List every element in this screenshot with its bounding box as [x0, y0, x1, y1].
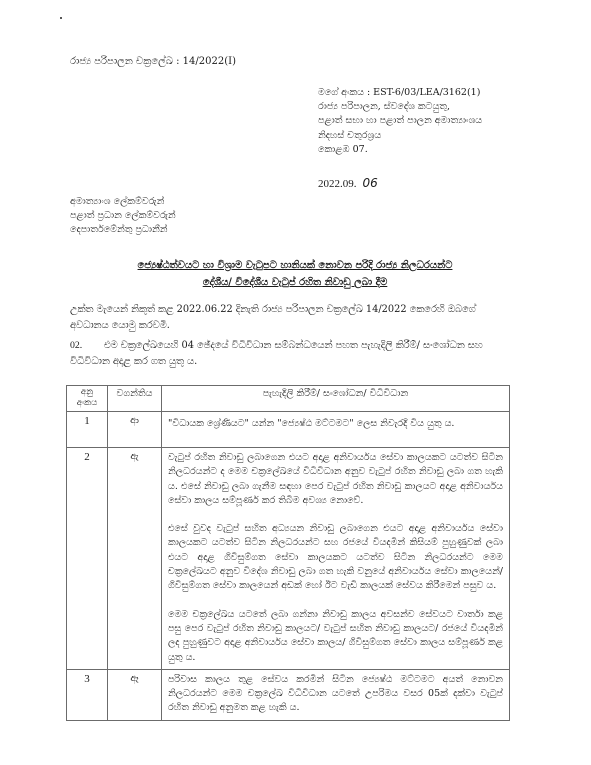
header-serial-no: අනු අංකය [67, 386, 108, 412]
row-serial-no: 3 [67, 669, 108, 720]
subject-line-2: දේශීය/ විදේශීය වැටුප් රහිත නිවාඩු ලබා දී… [60, 274, 530, 291]
recipient: අමාත්‍යාංශ ලේකම්වරුන් [70, 195, 176, 209]
clarification-paragraph: වැටුප් රහිත නිවාඩු ලබාගෙන එයට අදාළ අනිවා… [168, 451, 503, 508]
clarification-paragraph: එසේ වුවද වැටුප් සහිත අධ්‍යයන නිවාඩු ලබාග… [168, 522, 503, 593]
clarification-paragraph: "විධායක ශ්‍රේණියට" යන්න "ජ්‍යෙෂ්ඨ මට්ටමට… [168, 417, 503, 431]
scan-speck [60, 17, 62, 19]
ministry-line-2: පළාත් සභා හා පළාත් පාලන අමාත්‍යාංශය [318, 114, 482, 128]
row-clarification: "විධායක ශ්‍රේණියට" යන්න "ජ්‍යෙෂ්ඨ මට්ටමට… [162, 412, 510, 448]
row-clarification: පරිවාස කාලය තුළ සේවය කරමින් සිටින ජ්‍යෙෂ… [162, 669, 510, 720]
row-clarification: වැටුප් රහිත නිවාඩු ලබාගෙන එයට අදාළ අනිවා… [162, 448, 510, 670]
letter-date: 2022.09.06 [318, 176, 378, 190]
recipient: දෙපාර්තමේන්තු ප්‍රධානීන් [70, 223, 176, 237]
reference-number: මගේ අංකය : EST-6/03/LEA/3162(1) [318, 86, 482, 100]
recipients-list: අමාත්‍යාංශ ලේකම්වරුන් පළාත් ප්‍රධාන ලේකම… [70, 195, 176, 236]
table-header-row: අනු අංකය වගන්තිය පැහැදිලි කිරීම්/ සංශෝධන… [67, 386, 510, 412]
subject-line-1: ජ්‍යෙෂ්ඨත්වයට හා විශ්‍රාම වැටුපට හානියක්… [60, 257, 530, 274]
circular-number: රාජ්‍ය පරිපාලන චක්‍රලේඛ : 14/2022(I) [70, 56, 236, 67]
paragraph-2: 02.එම චක්‍රලේඛයෙහි 04 ඡේදයේ විධිවිධාන සම… [70, 338, 510, 369]
date-printed: 2022.09. [318, 178, 357, 190]
clarification-paragraph: පරිවාස කාලය තුළ සේවය කරමින් සිටින ජ්‍යෙෂ… [168, 673, 503, 716]
table-row: 3 ඈ පරිවාස කාලය තුළ සේවය කරමින් සිටින ජ්… [67, 669, 510, 720]
ministry-line-1: රාජ්‍ය පරිපාලන, ස්වදේශ කටයුතු, [318, 100, 482, 114]
row-serial-no: 2 [67, 448, 108, 670]
address-line-2: කොළඹ 07. [318, 143, 482, 157]
paragraph-number: 02. [70, 338, 104, 354]
header-clause: වගන්තිය [108, 386, 162, 412]
table-row: 1 ආ "විධායක ශ්‍රේණියට" යන්න "ජ්‍යෙෂ්ඨ මට… [67, 412, 510, 448]
clarifications-table: අනු අංකය වගන්තිය පැහැදිලි කිරීම්/ සංශෝධන… [66, 385, 510, 721]
row-clause: ඈ [108, 669, 162, 720]
recipient: පළාත් ප්‍රධාන ලේකම්වරුන් [70, 209, 176, 223]
subject-heading: ජ්‍යෙෂ්ඨත්වයට හා විශ්‍රාම වැටුපට හානියක්… [60, 257, 530, 291]
row-serial-no: 1 [67, 412, 108, 448]
row-clause: ආ [108, 412, 162, 448]
address-line-1: නිදහස් චතුරශ්‍රය [318, 129, 482, 143]
date-handwritten-day: 06 [363, 176, 378, 190]
row-clause: ඇ [108, 448, 162, 670]
header-clarifications: පැහැදිලි කිරීම්/ සංශෝධන/ විධිවිධාන [162, 386, 510, 412]
paragraph-1: උක්ත මැයෙන් නිකුත් කළ 2022.06.22 දිනැති … [70, 302, 510, 333]
paragraph-2-text: එම චක්‍රලේඛයෙහි 04 ඡේදයේ විධිවිධාන සම්බන… [70, 340, 483, 367]
clarification-paragraph: මෙම චක්‍රලේඛය යටතේ ලබා ගන්නා නිවාඩු කාලය… [168, 608, 503, 665]
table-row: 2 ඇ වැටුප් රහිත නිවාඩු ලබාගෙන එයට අදාළ අ… [67, 448, 510, 670]
reference-address-block: මගේ අංකය : EST-6/03/LEA/3162(1) රාජ්‍ය ප… [318, 86, 482, 157]
